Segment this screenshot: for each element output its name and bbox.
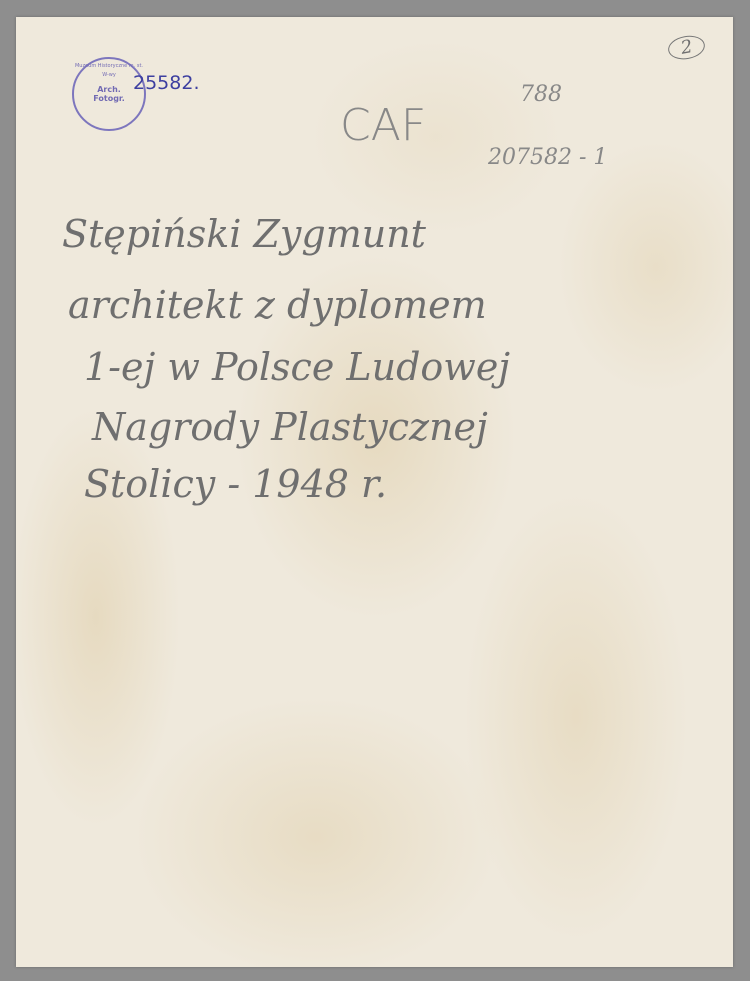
museum-stamp: Muzeum Historyczne m. st. W-wy Arch. Fot…: [72, 57, 146, 131]
agency-number-upper: 788: [520, 82, 562, 107]
caption-line: architekt z dyplomem: [68, 283, 487, 327]
caption-line: 1-ej w Polsce Ludowej: [84, 345, 510, 389]
agency-mark: CAF: [340, 100, 426, 151]
caption-line: Nagrody Plastycznej: [92, 405, 488, 449]
caption-line: Stępiński Zygmunt: [62, 212, 426, 256]
stamp-center-line2: Fotogr.: [93, 94, 125, 103]
stamp-center-line1: Arch.: [97, 85, 121, 94]
caption-line: Stolicy - 1948 r.: [84, 462, 387, 506]
inventory-number: 25582.: [133, 72, 199, 94]
agency-number-lower: 207582 - 1: [488, 145, 607, 170]
